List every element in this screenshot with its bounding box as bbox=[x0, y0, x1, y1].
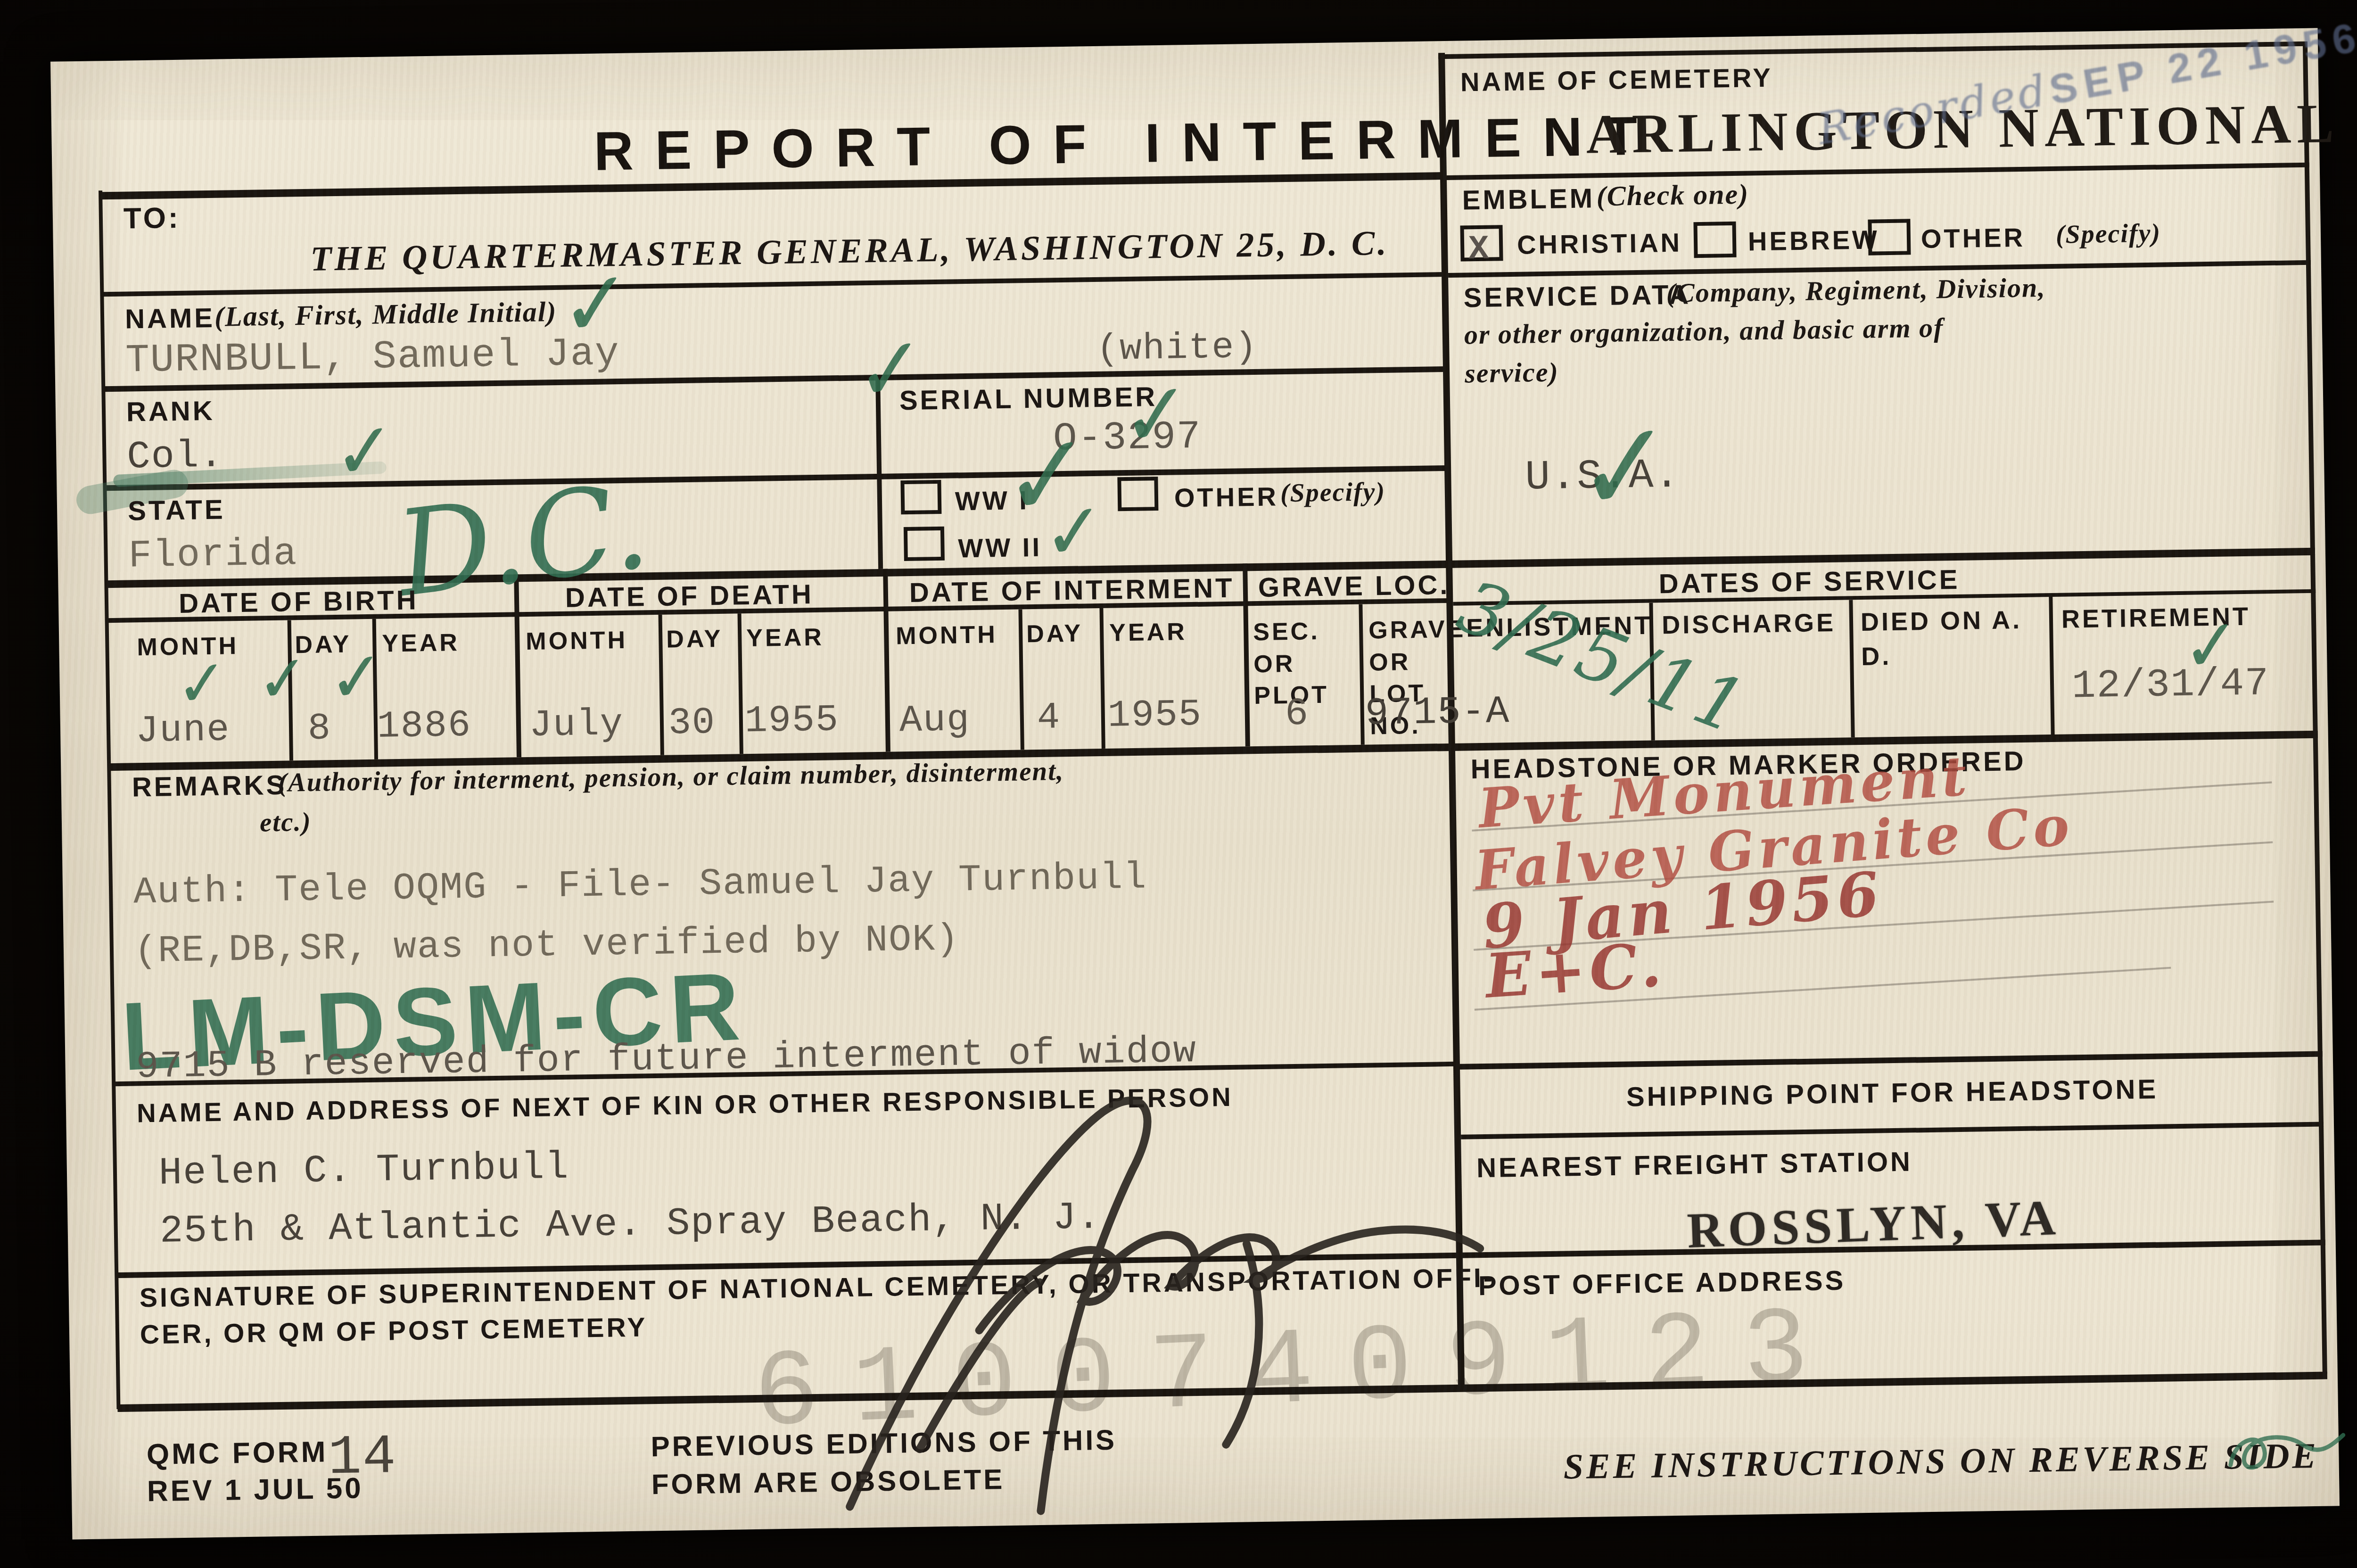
line-under-shipping-header bbox=[1461, 1122, 2324, 1139]
christian-label: CHRISTIAN bbox=[1517, 227, 1682, 260]
superintendent-signature-scrawl bbox=[773, 1077, 1533, 1532]
grave-sec-value: 6 bbox=[1285, 692, 1310, 736]
dod-day-value: 30 bbox=[668, 701, 716, 745]
other-war-checkbox bbox=[1117, 477, 1158, 511]
dt-v-d2 bbox=[738, 613, 743, 754]
signature-label-line2: CER, OR QM OF POST CEMETERY bbox=[140, 1312, 648, 1350]
dod-header: DATE OF DEATH bbox=[565, 578, 814, 614]
doi-header: DATE OF INTERMENT bbox=[909, 572, 1235, 609]
check-birth-year: ✓ bbox=[329, 641, 383, 714]
left-border-line bbox=[99, 190, 120, 1409]
dod-month-label: MONTH bbox=[526, 626, 628, 656]
dt-v-i1 bbox=[1018, 609, 1024, 750]
footer-form-number: 14 bbox=[328, 1426, 397, 1490]
other-war-label: OTHER bbox=[1174, 481, 1279, 513]
form-title: REPORT OF INTERMENT bbox=[593, 104, 1659, 183]
emblem-note: (Check one) bbox=[1596, 178, 1749, 213]
form-paper: 61007409123 bbox=[50, 28, 2340, 1539]
line-under-to bbox=[101, 272, 1444, 297]
ww1-checkbox bbox=[900, 480, 941, 514]
check-after-name: ✓ bbox=[856, 324, 923, 416]
doi-day-value: 4 bbox=[1037, 696, 1061, 740]
dob-year-label: YEAR bbox=[382, 628, 460, 658]
check-after-rank: ✓ bbox=[334, 412, 394, 492]
doi-year-label: YEAR bbox=[1109, 618, 1187, 647]
rank-label: RANK bbox=[126, 395, 215, 428]
ww2-checkbox bbox=[904, 527, 945, 561]
dos-retirement-value: 12/31/47 bbox=[2071, 661, 2270, 709]
doi-month-value: Aug bbox=[899, 699, 970, 743]
right-border-line bbox=[2303, 42, 2327, 1374]
post-office-label: POST OFFICE ADDRESS bbox=[1478, 1265, 1846, 1302]
to-label: TO: bbox=[123, 201, 181, 236]
dos-v2 bbox=[1849, 600, 1854, 737]
to-value: THE QUARTERMASTER GENERAL, WASHINGTON 25… bbox=[310, 223, 1390, 280]
state-value: Florida bbox=[128, 532, 298, 578]
footer-instructions: SEE INSTRUCTIONS ON REVERSE SIDE bbox=[1563, 1436, 2319, 1488]
check-service-data: ✓ bbox=[1577, 403, 1672, 532]
race-note: (white) bbox=[1096, 327, 1258, 371]
dt-v-death-interment bbox=[883, 569, 890, 752]
hebrew-checkbox bbox=[1693, 222, 1736, 258]
christian-x-mark: X bbox=[1468, 230, 1489, 269]
dt-v-i2 bbox=[1099, 608, 1105, 749]
dod-month-value: July bbox=[529, 703, 624, 747]
serial-label: SERIAL NUMBER bbox=[899, 381, 1157, 416]
other-emblem-note: (Specify) bbox=[2055, 218, 2161, 249]
remarks-line1: Auth: Tele OQMG - File- Samuel Jay Turnb… bbox=[133, 857, 1147, 915]
service-data-note-2: or other organization, and basic arm of bbox=[1464, 312, 1944, 350]
check-serial: ✓ bbox=[1122, 370, 1189, 461]
service-data-note-3: service) bbox=[1465, 356, 1559, 389]
dos-died-label-line2: D. bbox=[1861, 642, 1892, 671]
remarks-label: REMARKS bbox=[132, 769, 287, 803]
dob-year-value: 1886 bbox=[377, 704, 471, 749]
freight-label: NEAREST FREIGHT STATION bbox=[1476, 1146, 1913, 1184]
doi-month-label: MONTH bbox=[896, 620, 998, 650]
dod-day-label: DAY bbox=[666, 625, 723, 654]
rank-value: Col. bbox=[127, 434, 224, 479]
name-label: NAME bbox=[125, 302, 215, 335]
dos-discharge-label: DISCHARGE bbox=[1662, 608, 1836, 640]
check-ww2: ✓ bbox=[1044, 492, 1103, 572]
dos-header: DATES OF SERVICE bbox=[1658, 564, 1960, 600]
doi-year-value: 1955 bbox=[1107, 693, 1202, 738]
dt-v-grave bbox=[1359, 604, 1364, 745]
check-birth-day: ✓ bbox=[257, 646, 307, 713]
dob-header: DATE OF BIRTH bbox=[179, 584, 419, 619]
other-war-note: (Specify) bbox=[1280, 477, 1385, 508]
name-label-note: (Last, First, Middle Initial) bbox=[214, 296, 557, 333]
shipping-header: SHIPPING POINT FOR HEADSTONE bbox=[1626, 1073, 2158, 1113]
other-emblem-checkbox bbox=[1868, 219, 1911, 255]
state-label: STATE bbox=[128, 494, 225, 527]
dob-day-value: 8 bbox=[307, 707, 331, 751]
scanned-interment-form-photo: 61007409123 bbox=[0, 0, 2357, 1568]
hebrew-label: HEBREW bbox=[1748, 224, 1880, 256]
service-data-label: SERVICE DATA bbox=[1463, 279, 1691, 314]
doi-day-label: DAY bbox=[1026, 619, 1083, 648]
dos-died-label-line1: DIED ON A. bbox=[1861, 605, 2022, 637]
grave-lot-value: 9715-A bbox=[1365, 690, 1510, 736]
cemetery-label: NAME OF CEMETERY bbox=[1460, 62, 1773, 98]
footer-form-id-line1: QMC FORM bbox=[146, 1435, 328, 1471]
nok-name: Helen C. Turnbull bbox=[158, 1146, 569, 1196]
dod-year-value: 1955 bbox=[744, 699, 839, 743]
check-name-note: ✓ bbox=[560, 258, 630, 352]
grave-header: GRAVE LOC. bbox=[1258, 569, 1450, 603]
dt-v-interment-grave bbox=[1243, 563, 1250, 746]
check-birth-month: ✓ bbox=[176, 651, 226, 718]
emblem-label: EMBLEM bbox=[1462, 182, 1595, 216]
headstone-red-line-4: E+C. bbox=[1483, 934, 1667, 1007]
dos-v3 bbox=[2049, 597, 2054, 734]
remarks-note-2: etc.) bbox=[260, 807, 312, 838]
name-value: TURNBULL, Samuel Jay bbox=[125, 331, 620, 384]
green-scribble bbox=[2223, 1419, 2346, 1486]
check-retirement: ✓ bbox=[2183, 609, 2239, 684]
dod-year-label: YEAR bbox=[746, 623, 824, 652]
other-emblem-label: OTHER bbox=[1921, 222, 2026, 254]
line-under-headstone bbox=[1460, 1051, 2323, 1070]
service-data-note-1: (Company, Regiment, Division, bbox=[1666, 272, 2046, 309]
dt-v-d1 bbox=[659, 615, 664, 755]
